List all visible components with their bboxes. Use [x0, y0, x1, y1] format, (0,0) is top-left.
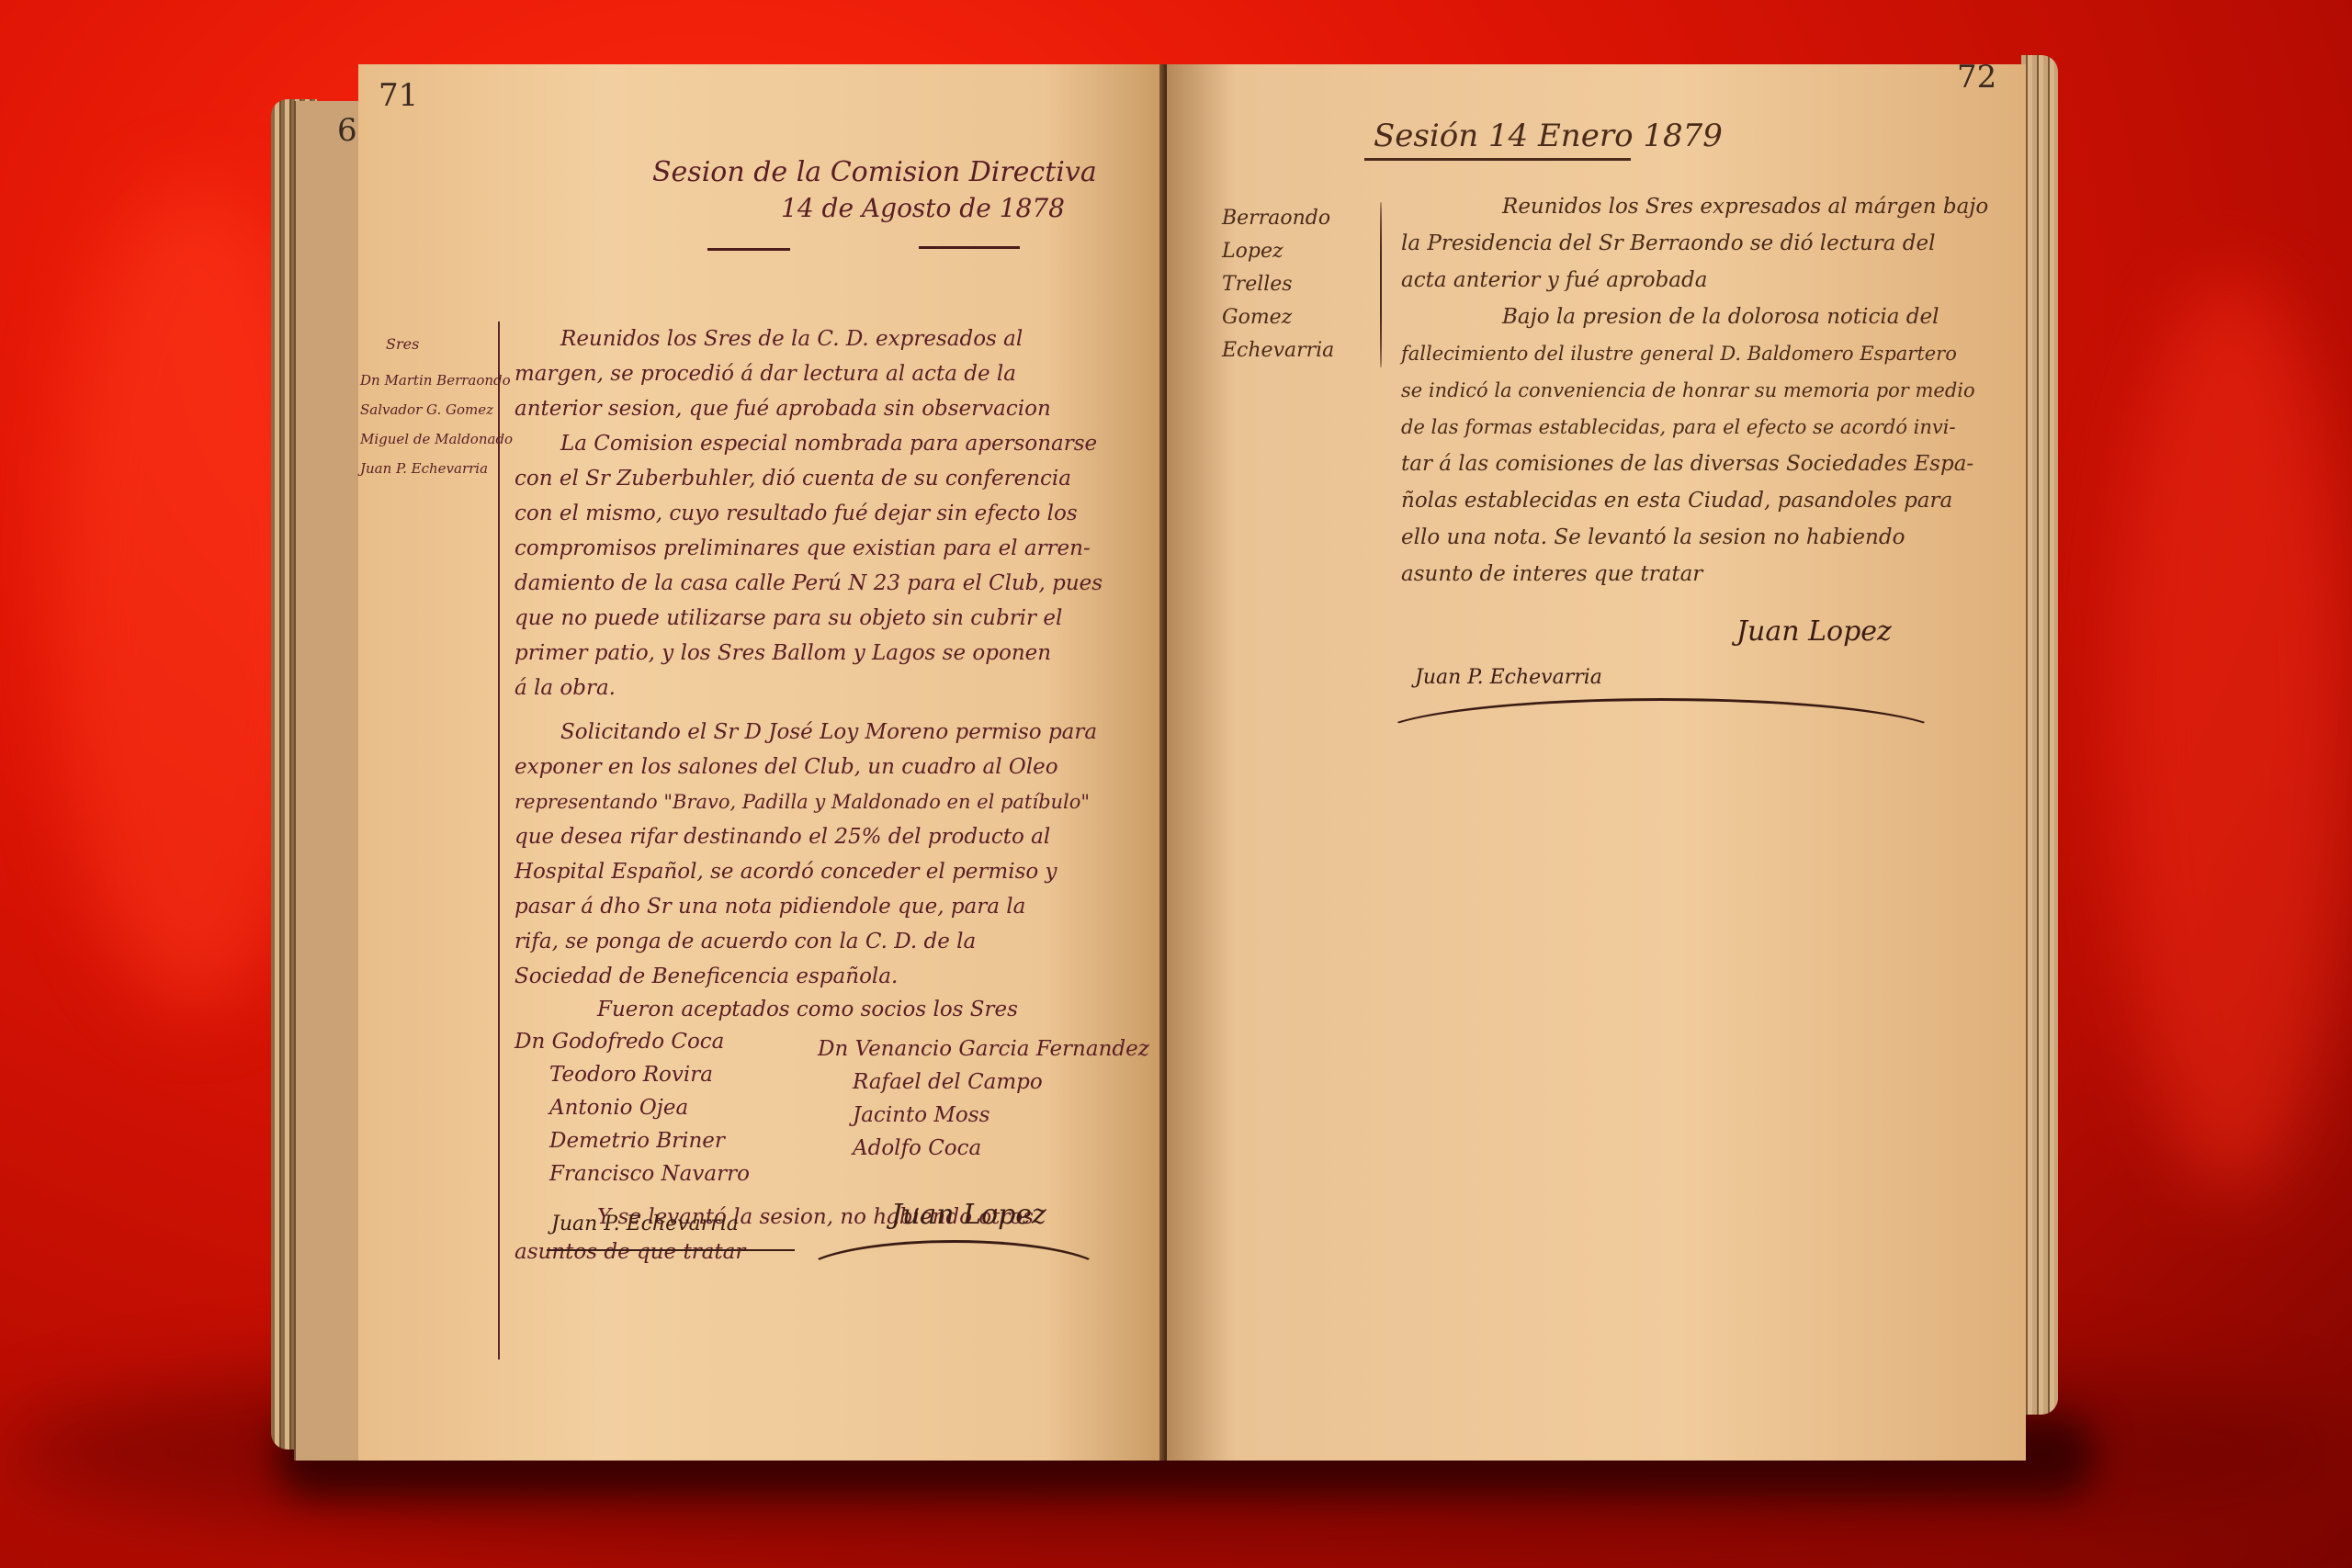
prev-page-number: 6: [337, 112, 357, 149]
text-line: margen, se procedió á dar lectura al act…: [514, 356, 1158, 391]
text-line: primer patio, y los Sres Ballom y Lagos …: [514, 636, 1158, 671]
cloth-highlight: [2113, 276, 2352, 1194]
accepted-intro: Fueron aceptados como socios los Sres: [514, 994, 1158, 1025]
signature-flourish: [799, 1240, 1108, 1310]
margin-member-list: Berraondo Lopez Trelles Gomez Echevarria: [1222, 202, 1334, 367]
member-name: Dn Venancio Garcia Fernandez: [818, 1032, 1149, 1066]
margin-member: Berraondo: [1222, 202, 1334, 235]
member-name: Demetrio Briner: [514, 1124, 750, 1157]
text-line: Reunidos los Sres de la C. D. expresados…: [514, 321, 1158, 356]
member-name: Adolfo Coca: [818, 1132, 1149, 1165]
margin-brace: [1380, 202, 1382, 367]
text-line: Sociedad de Beneficencia española.: [514, 959, 1158, 994]
accepted-members-col1: Dn Godofredo Coca Teodoro Rovira Antonio…: [514, 1025, 750, 1190]
signature-secretary: Juan P. Echevarria: [551, 1213, 739, 1235]
session-date: 14 de Agosto de 1878: [781, 193, 1065, 223]
text-line: ñolas establecidas en esta Ciudad, pasan…: [1401, 482, 2007, 519]
minutes-body: Reunidos los Sres expresados al márgen b…: [1401, 188, 2007, 592]
text-line: Bajo la presion de la dolorosa noticia d…: [1401, 299, 2007, 335]
text-line: Hospital Español, se acordó conceder el …: [514, 854, 1158, 889]
title-underline: [1364, 158, 1631, 161]
margin-member-list: Dn Martin Berraondo Salvador G. Gomez Mi…: [360, 366, 513, 483]
session-title: Sesion de la Comision Directiva: [652, 156, 1097, 188]
signature-secretary: Juan P. Echevarria: [1415, 666, 1602, 689]
text-line: ello una nota. Se levantó la sesion no h…: [1401, 519, 2007, 556]
signature-underline: [547, 1249, 795, 1251]
accepted-members: Dn Godofredo Coca Teodoro Rovira Antonio…: [514, 1025, 1158, 1200]
member-name: Rafael del Campo: [818, 1066, 1149, 1099]
accepted-members-col2: Dn Venancio Garcia Fernandez Rafael del …: [818, 1032, 1149, 1165]
right-page: 72 Sesión 14 Enero 1879 Berraondo Lopez …: [1167, 64, 2026, 1461]
text-line: asunto de interes que tratar: [1401, 556, 2007, 592]
text-line: La Comision especial nombrada para apers…: [514, 426, 1158, 461]
text-line: que no puede utilizarse para su objeto s…: [514, 601, 1158, 636]
text-line: con el mismo, cuyo resultado fué dejar s…: [514, 496, 1158, 531]
left-page: 71 Sesion de la Comision Directiva 14 de…: [358, 64, 1167, 1461]
page-number-right: 72: [1957, 59, 1996, 96]
signature-flourish: [1374, 698, 1949, 777]
page-edges-right: [2021, 55, 2058, 1415]
margin-member: Salvador G. Gomez: [360, 395, 513, 424]
text-line: la Presidencia del Sr Berraondo se dió l…: [1401, 225, 2007, 262]
text-line: representando "Bravo, Padilla y Maldonad…: [514, 784, 1158, 819]
text-line: damiento de la casa calle Perú N 23 para…: [514, 566, 1158, 601]
paragraph: La Comision especial nombrada para apers…: [514, 426, 1158, 705]
text-line: Solicitando el Sr D José Loy Moreno perm…: [514, 715, 1158, 750]
member-name: Antonio Ojea: [514, 1091, 750, 1124]
margin-member: Lopez: [1222, 235, 1334, 268]
text-line: tar á las comisiones de las diversas Soc…: [1401, 446, 2007, 482]
text-line: pasar á dho Sr una nota pidiendole que, …: [514, 889, 1158, 924]
member-name: Teodoro Rovira: [514, 1058, 750, 1091]
text-line: Reunidos los Sres expresados al márgen b…: [1401, 188, 2007, 225]
margin-member: Miguel de Maldonado: [360, 424, 513, 454]
member-name: Francisco Navarro: [514, 1157, 750, 1190]
signature-president: Juan Lopez: [891, 1199, 1046, 1231]
margin-member: Dn Martin Berraondo: [360, 366, 513, 395]
text-line: compromisos preliminares que existian pa…: [514, 531, 1158, 566]
text-line: rifa, se ponga de acuerdo con la C. D. d…: [514, 924, 1158, 959]
signature-president: Juan Lopez: [1736, 615, 1892, 648]
margin-member: Trelles: [1222, 268, 1334, 301]
member-name: Dn Godofredo Coca: [514, 1025, 750, 1058]
text-line: fallecimiento del ilustre general D. Bal…: [1401, 335, 2007, 372]
text-line: exponer en los salones del Club, un cuad…: [514, 750, 1158, 784]
margin-member: Gomez: [1222, 301, 1334, 334]
text-line: acta anterior y fué aprobada: [1401, 262, 2007, 299]
page-number-left: 71: [379, 77, 418, 114]
member-name: Jacinto Moss: [818, 1099, 1149, 1132]
text-line: anterior sesion, que fué aprobada sin ob…: [514, 391, 1158, 426]
minutes-body: Reunidos los Sres de la C. D. expresados…: [514, 321, 1158, 1269]
text-line: de las formas establecidas, para el efec…: [1401, 409, 2007, 446]
margin-header: Sres: [386, 335, 419, 353]
title-underline: [919, 246, 1020, 249]
margin-member: Echevarria: [1222, 334, 1334, 367]
text-line: con el Sr Zuberbuhler, dió cuenta de su …: [514, 461, 1158, 496]
margin-member: Juan P. Echevarria: [360, 454, 513, 483]
title-underline: [707, 248, 790, 251]
session-title: Sesión 14 Enero 1879: [1374, 118, 1723, 154]
paragraph: Solicitando el Sr D José Loy Moreno perm…: [514, 715, 1158, 994]
text-line: que desea rifar destinando el 25% del pr…: [514, 819, 1158, 854]
paragraph: Reunidos los Sres de la C. D. expresados…: [514, 321, 1158, 426]
text-line: á la obra.: [514, 671, 1158, 705]
text-line: se indicó la conveniencia de honrar su m…: [1401, 372, 2007, 409]
